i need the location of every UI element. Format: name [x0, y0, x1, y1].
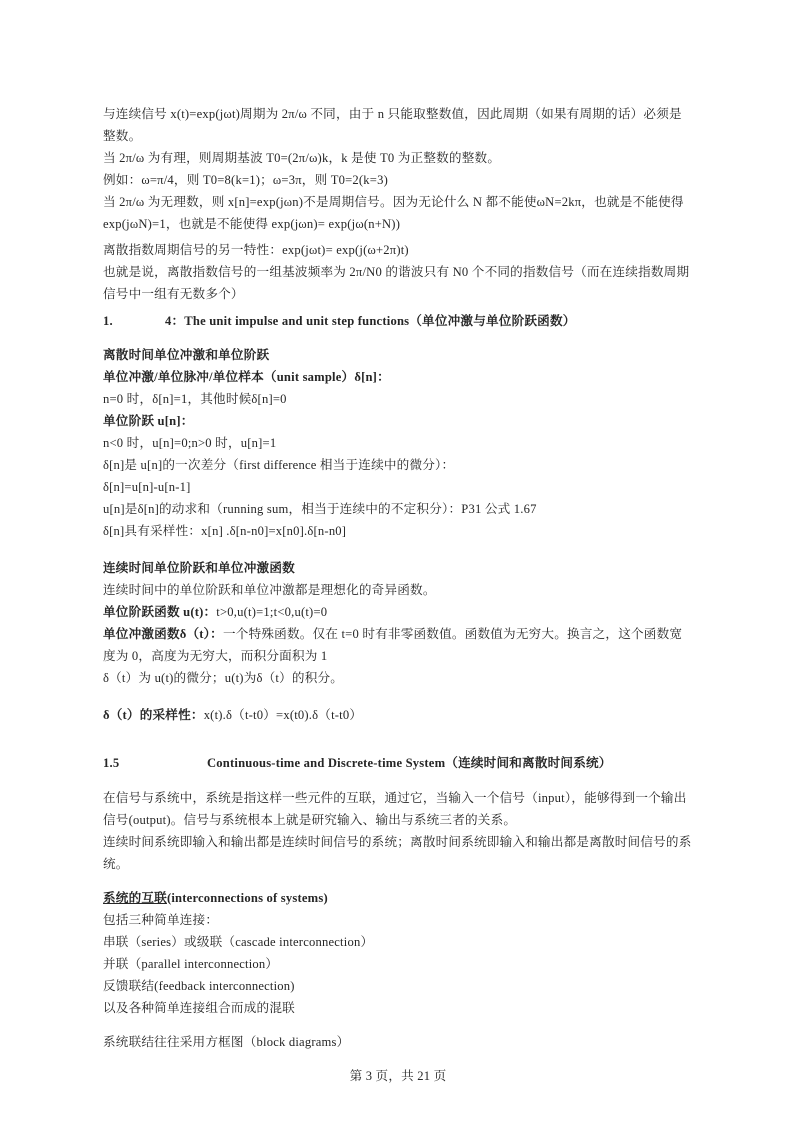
unit-impulse-function-line: 单位冲激函数δ（t）：一个特殊函数。仅在 t=0 时有非零函数值。函数值为无穷大…: [103, 623, 693, 667]
unit-sample-definition: n=0 时，δ[n]=1，其他时候δ[n]=0: [103, 388, 693, 410]
subsection-title-continuous: 连续时间单位阶跃和单位冲激函数: [103, 557, 693, 579]
interconnection-item-mixed: 以及各种简单连接组合而成的混联: [103, 997, 693, 1019]
unit-step-function-definition: t>0,u(t)=1;t<0,u(t)=0: [216, 605, 327, 619]
system-paragraph-1: 在信号与系统中，系统是指这样一些元件的互联，通过它，当输入一个信号（input）…: [103, 787, 693, 831]
intro-paragraph-1: 与连续信号 x(t)=exp(jωt)周期为 2π/ω 不同，由于 n 只能取整…: [103, 103, 693, 147]
interconnections-intro: 包括三种简单连接：: [103, 909, 693, 931]
unit-step-label: 单位阶跃 u[n]：: [103, 410, 693, 432]
section-heading-impulse: 1. 4：The unit impulse and unit step func…: [103, 310, 693, 332]
system-paragraph-2: 连续时间系统即输入和输出都是连续时间信号的系统；离散时间系统即输入和输出都是离散…: [103, 831, 693, 875]
first-difference-line: δ[n]是 u[n]的一次差分（first difference 相当于连续中的…: [103, 454, 693, 476]
interconnection-item-parallel: 并联（parallel interconnection）: [103, 953, 693, 975]
unit-sample-label: 单位冲激/单位脉冲/单位样本（unit sample）δ[n]：: [103, 366, 693, 388]
running-sum-line: u[n]是δ[n]的动求和（running sum，相当于连续中的不定积分）：P…: [103, 498, 693, 520]
section-heading-system: 1.5 Continuous-time and Discrete-time Sy…: [103, 752, 693, 774]
heading-text: 4：The unit impulse and unit step functio…: [165, 310, 576, 332]
first-difference-formula: δ[n]=u[n]-u[n-1]: [103, 476, 693, 498]
intro-paragraph-2: 当 2π/ω 为有理，则周期基波 T0=(2π/ω)k，k 是使 T0 为正整数…: [103, 147, 693, 169]
intro-paragraph-3: 例如：ω=π/4，则 T0=8(k=1)；ω=3π，则 T0=2(k=3): [103, 169, 693, 191]
block-diagram-line: 系统联结往往采用方框图（block diagrams）: [103, 1031, 693, 1053]
continuous-intro-line: 连续时间中的单位阶跃和单位冲激都是理想化的奇异函数。: [103, 579, 693, 601]
footer-page-number: 第 3 页，共 21 页: [103, 1065, 693, 1087]
unit-step-function-line: 单位阶跃函数 u(t)：t>0,u(t)=1;t<0,u(t)=0: [103, 601, 693, 623]
intro-paragraph-6: 也就是说，离散指数信号的一组基波频率为 2π/N0 的谐波只有 N0 个不同的指…: [103, 261, 693, 305]
interconnections-title: 系统的互联(interconnections of systems): [103, 887, 693, 909]
intro-paragraph-4: 当 2π/ω 为无理数，则 x[n]=exp(jωn)不是周期信号。因为无论什么…: [103, 191, 693, 235]
heading-text: Continuous-time and Discrete-time System…: [207, 752, 612, 774]
continuous-sampling-definition: x(t).δ（t-t0）=x(t0).δ（t-t0）: [204, 708, 362, 722]
heading-number: 1.5: [103, 752, 207, 774]
interconnection-item-feedback: 反馈联结(feedback interconnection): [103, 975, 693, 997]
discrete-sampling-line: δ[n]具有采样性：x[n] .δ[n-n0]=x[n0].δ[n-n0]: [103, 520, 693, 542]
unit-impulse-function-label: 单位冲激函数δ（t）：: [103, 627, 223, 641]
heading-number: 1.: [103, 310, 165, 332]
interconnections-title-chinese: 系统的互联: [103, 891, 167, 905]
document-page: 与连续信号 x(t)=exp(jωt)周期为 2π/ω 不同，由于 n 只能取整…: [0, 0, 793, 1122]
interconnection-item-series: 串联（series）或级联（cascade interconnection）: [103, 931, 693, 953]
interconnections-title-english: (interconnections of systems): [167, 891, 328, 905]
continuous-sampling-line: δ（t）的采样性：x(t).δ（t-t0）=x(t0).δ（t-t0）: [103, 704, 693, 726]
unit-step-definition: n<0 时，u[n]=0;n>0 时，u[n]=1: [103, 432, 693, 454]
continuous-sampling-label: δ（t）的采样性：: [103, 708, 204, 722]
derivative-integral-line: δ（t）为 u(t)的微分；u(t)为δ（t）的积分。: [103, 667, 693, 689]
subsection-title-discrete: 离散时间单位冲激和单位阶跃: [103, 344, 693, 366]
intro-paragraph-5: 离散指数周期信号的另一特性：exp(jωt)= exp(j(ω+2π)t): [103, 239, 693, 261]
unit-step-function-label: 单位阶跃函数 u(t)：: [103, 605, 216, 619]
